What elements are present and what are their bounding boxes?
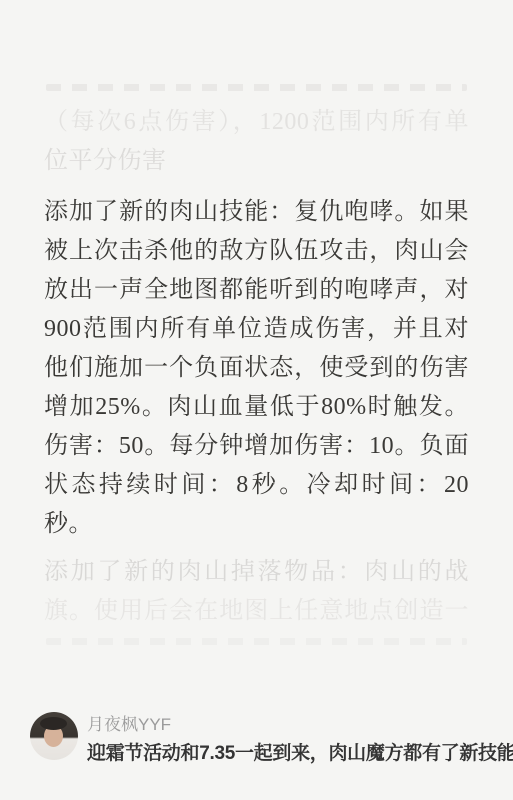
clipped-text-line-bottom bbox=[46, 638, 467, 645]
text-line: 被上次击杀他的敌方队伍攻击，肉山会 bbox=[44, 232, 469, 271]
post-caption: 迎霜节活动和7.35一起到来，肉山魔方都有了新技能 bbox=[87, 742, 503, 766]
text-line: 增加25%。肉山血量低于80%时触发。 bbox=[44, 388, 469, 427]
creator-avatar[interactable] bbox=[30, 712, 78, 760]
clipped-text-line-top bbox=[46, 84, 467, 91]
patch-note-paragraph: 添加了新的肉山技能：复仇咆哮。如果 被上次击杀他的敌方队伍攻击，肉山会 放出一声… bbox=[44, 193, 469, 544]
text-line: 900范围内所有单位造成伤害，并且对 bbox=[44, 310, 469, 349]
text-line: 添加了新的肉山技能：复仇咆哮。如果 bbox=[44, 193, 469, 232]
text-line: 添加了新的肉山掉落物品：肉山的战 bbox=[44, 553, 469, 592]
faded-paragraph-top: （每次6点伤害），1200范围内所有单 位平分伤害 bbox=[44, 103, 469, 181]
text-line: 位平分伤害 bbox=[44, 142, 469, 181]
text-line: 旗。使用后会在地图上任意地点创造一 bbox=[44, 592, 469, 631]
text-line: 放出一声全地图都能听到的咆哮声，对 bbox=[44, 271, 469, 310]
video-post-frame: （每次6点伤害），1200范围内所有单 位平分伤害 添加了新的肉山技能：复仇咆哮… bbox=[0, 0, 513, 800]
creator-username[interactable]: 月夜枫YYF bbox=[87, 713, 503, 737]
faded-paragraph-bottom: 添加了新的肉山掉落物品：肉山的战 旗。使用后会在地图上任意地点创造一 bbox=[44, 553, 469, 631]
creator-info: 月夜枫YYF 迎霜节活动和7.35一起到来，肉山魔方都有了新技能 bbox=[87, 712, 503, 766]
text-line: 他们施加一个负面状态，使受到的伤害 bbox=[44, 349, 469, 388]
text-line: 秒。 bbox=[44, 505, 469, 544]
text-line: 伤害：50。每分钟增加伤害：10。负面 bbox=[44, 427, 469, 466]
text-line: （每次6点伤害），1200范围内所有单 bbox=[44, 103, 469, 142]
creator-footer: 月夜枫YYF 迎霜节活动和7.35一起到来，肉山魔方都有了新技能 bbox=[30, 712, 503, 766]
text-line: 状态持续时间：8秒。冷却时间：20 bbox=[44, 466, 469, 505]
